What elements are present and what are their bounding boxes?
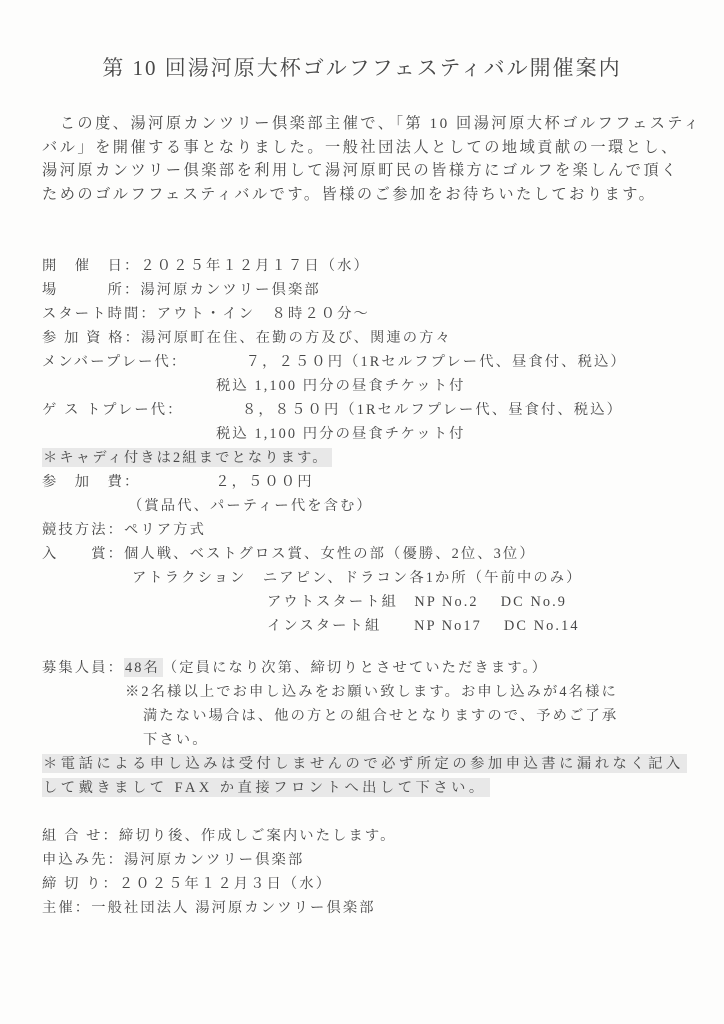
line-eligibility: 参 加 資 格：湯河原町在住、在勤の方及び、関連の方々 [42,326,694,350]
line-deadline: 締 切 り：２０２５年１２月３日（水） [42,872,694,896]
recruitment-count-highlight: 48名 [124,658,163,677]
intro-paragraph: この度、湯河原カンツリー倶楽部主催で、「第 10 回湯河原大杯ゴルフフェスティ … [42,112,690,206]
document-title: 第 10 回湯河原大杯ゴルフフェスティバル開催案内 [0,52,724,82]
line-event-date: 開 催 日：２０２５年１２月１７日（水） [42,254,694,278]
intro-line: ためのゴルフフェスティバルです。皆様のご参加をお待ちいたしております。 [42,183,690,207]
intro-line: 湯河原カンツリー倶楽部を利用して湯河原町民の皆様方にゴルフを楽しんで頂く [42,159,690,183]
line-recruitment: 募集人員：48名（定員になり次第、締切りとさせていただきます。） [42,656,694,680]
line-member-fee: メンバープレー代： ７，２５０円（1Rセルフプレー代、昼食付、税込） [42,350,694,374]
line-guest-fee: ゲ ス トプレー代： ８，８５０円（1Rセルフプレー代、昼食付、税込） [42,398,694,422]
recruitment-label: 募集人員： [42,660,124,676]
line-member-fee-note: 税込 1,100 円分の昼食チケット付 [42,374,694,398]
intro-line: バル」を開催する事となりました。一般社団法人としての地域貢献の一環とし、 [42,136,690,160]
line-competition-method: 競技方法：ペリア方式 [42,518,694,542]
line-entry-fee-detail: （賞品代、パーティー代を含む） [42,494,694,518]
line-venue: 場 所：湯河原カンツリー倶楽部 [42,278,694,302]
line-grouping: 組 合 せ：締切り後、作成しご案内いたします。 [42,824,694,848]
line-caddy-note: ＊キャディ付きは2組までとなります。 [42,446,694,470]
line-application-note-3: 下さい。 [42,728,694,752]
line-organizer: 主催：一般社団法人 湯河原カンツリー倶楽部 [42,896,694,920]
details-section: 開 催 日：２０２５年１２月１７日（水） 場 所：湯河原カンツリー倶楽部 スター… [42,254,694,920]
caddy-note-highlight: ＊キャディ付きは2組までとなります。 [42,448,332,467]
phone-warning-highlight-2: して戴きまして FAX か直接フロントへ出して下さい。 [42,778,490,797]
line-entry-fee: 参 加 費： ２，５００円 [42,470,694,494]
line-out-start: アウトスタート組 NP No.2 DC No.9 [42,590,694,614]
line-phone-warning-2: して戴きまして FAX か直接フロントへ出して下さい。 [42,776,694,800]
line-phone-warning-1: ＊電話による申し込みは受付しませんので必ず所定の参加申込書に漏れなく記入 [42,752,694,776]
line-start-time: スタート時間：アウト・イン ８時２０分～ [42,302,694,326]
phone-warning-highlight-1: ＊電話による申し込みは受付しませんので必ず所定の参加申込書に漏れなく記入 [42,754,687,773]
scanned-document: 第 10 回湯河原大杯ゴルフフェスティバル開催案内 この度、湯河原カンツリー倶楽… [0,0,724,1024]
line-application-note-1: ※2名様以上でお申し込みをお願い致します。お申し込みが4名様に [42,680,694,704]
line-in-start: インスタート組 NP No17 DC No.14 [42,614,694,638]
line-prizes: 入 賞：個人戦、ベストグロス賞、女性の部（優勝、2位、3位） [42,542,694,566]
line-application-to: 申込み先：湯河原カンツリー倶楽部 [42,848,694,872]
line-attractions: アトラクション ニアピン、ドラコン各1か所（午前中のみ） [42,566,694,590]
recruitment-condition: （定員になり次第、締切りとさせていただきます。） [163,660,548,676]
line-guest-fee-note: 税込 1,100 円分の昼食チケット付 [42,422,694,446]
line-application-note-2: 満たない場合は、他の方との組合せとなりますので、予めご了承 [42,704,694,728]
intro-line: この度、湯河原カンツリー倶楽部主催で、「第 10 回湯河原大杯ゴルフフェスティ [42,112,690,136]
